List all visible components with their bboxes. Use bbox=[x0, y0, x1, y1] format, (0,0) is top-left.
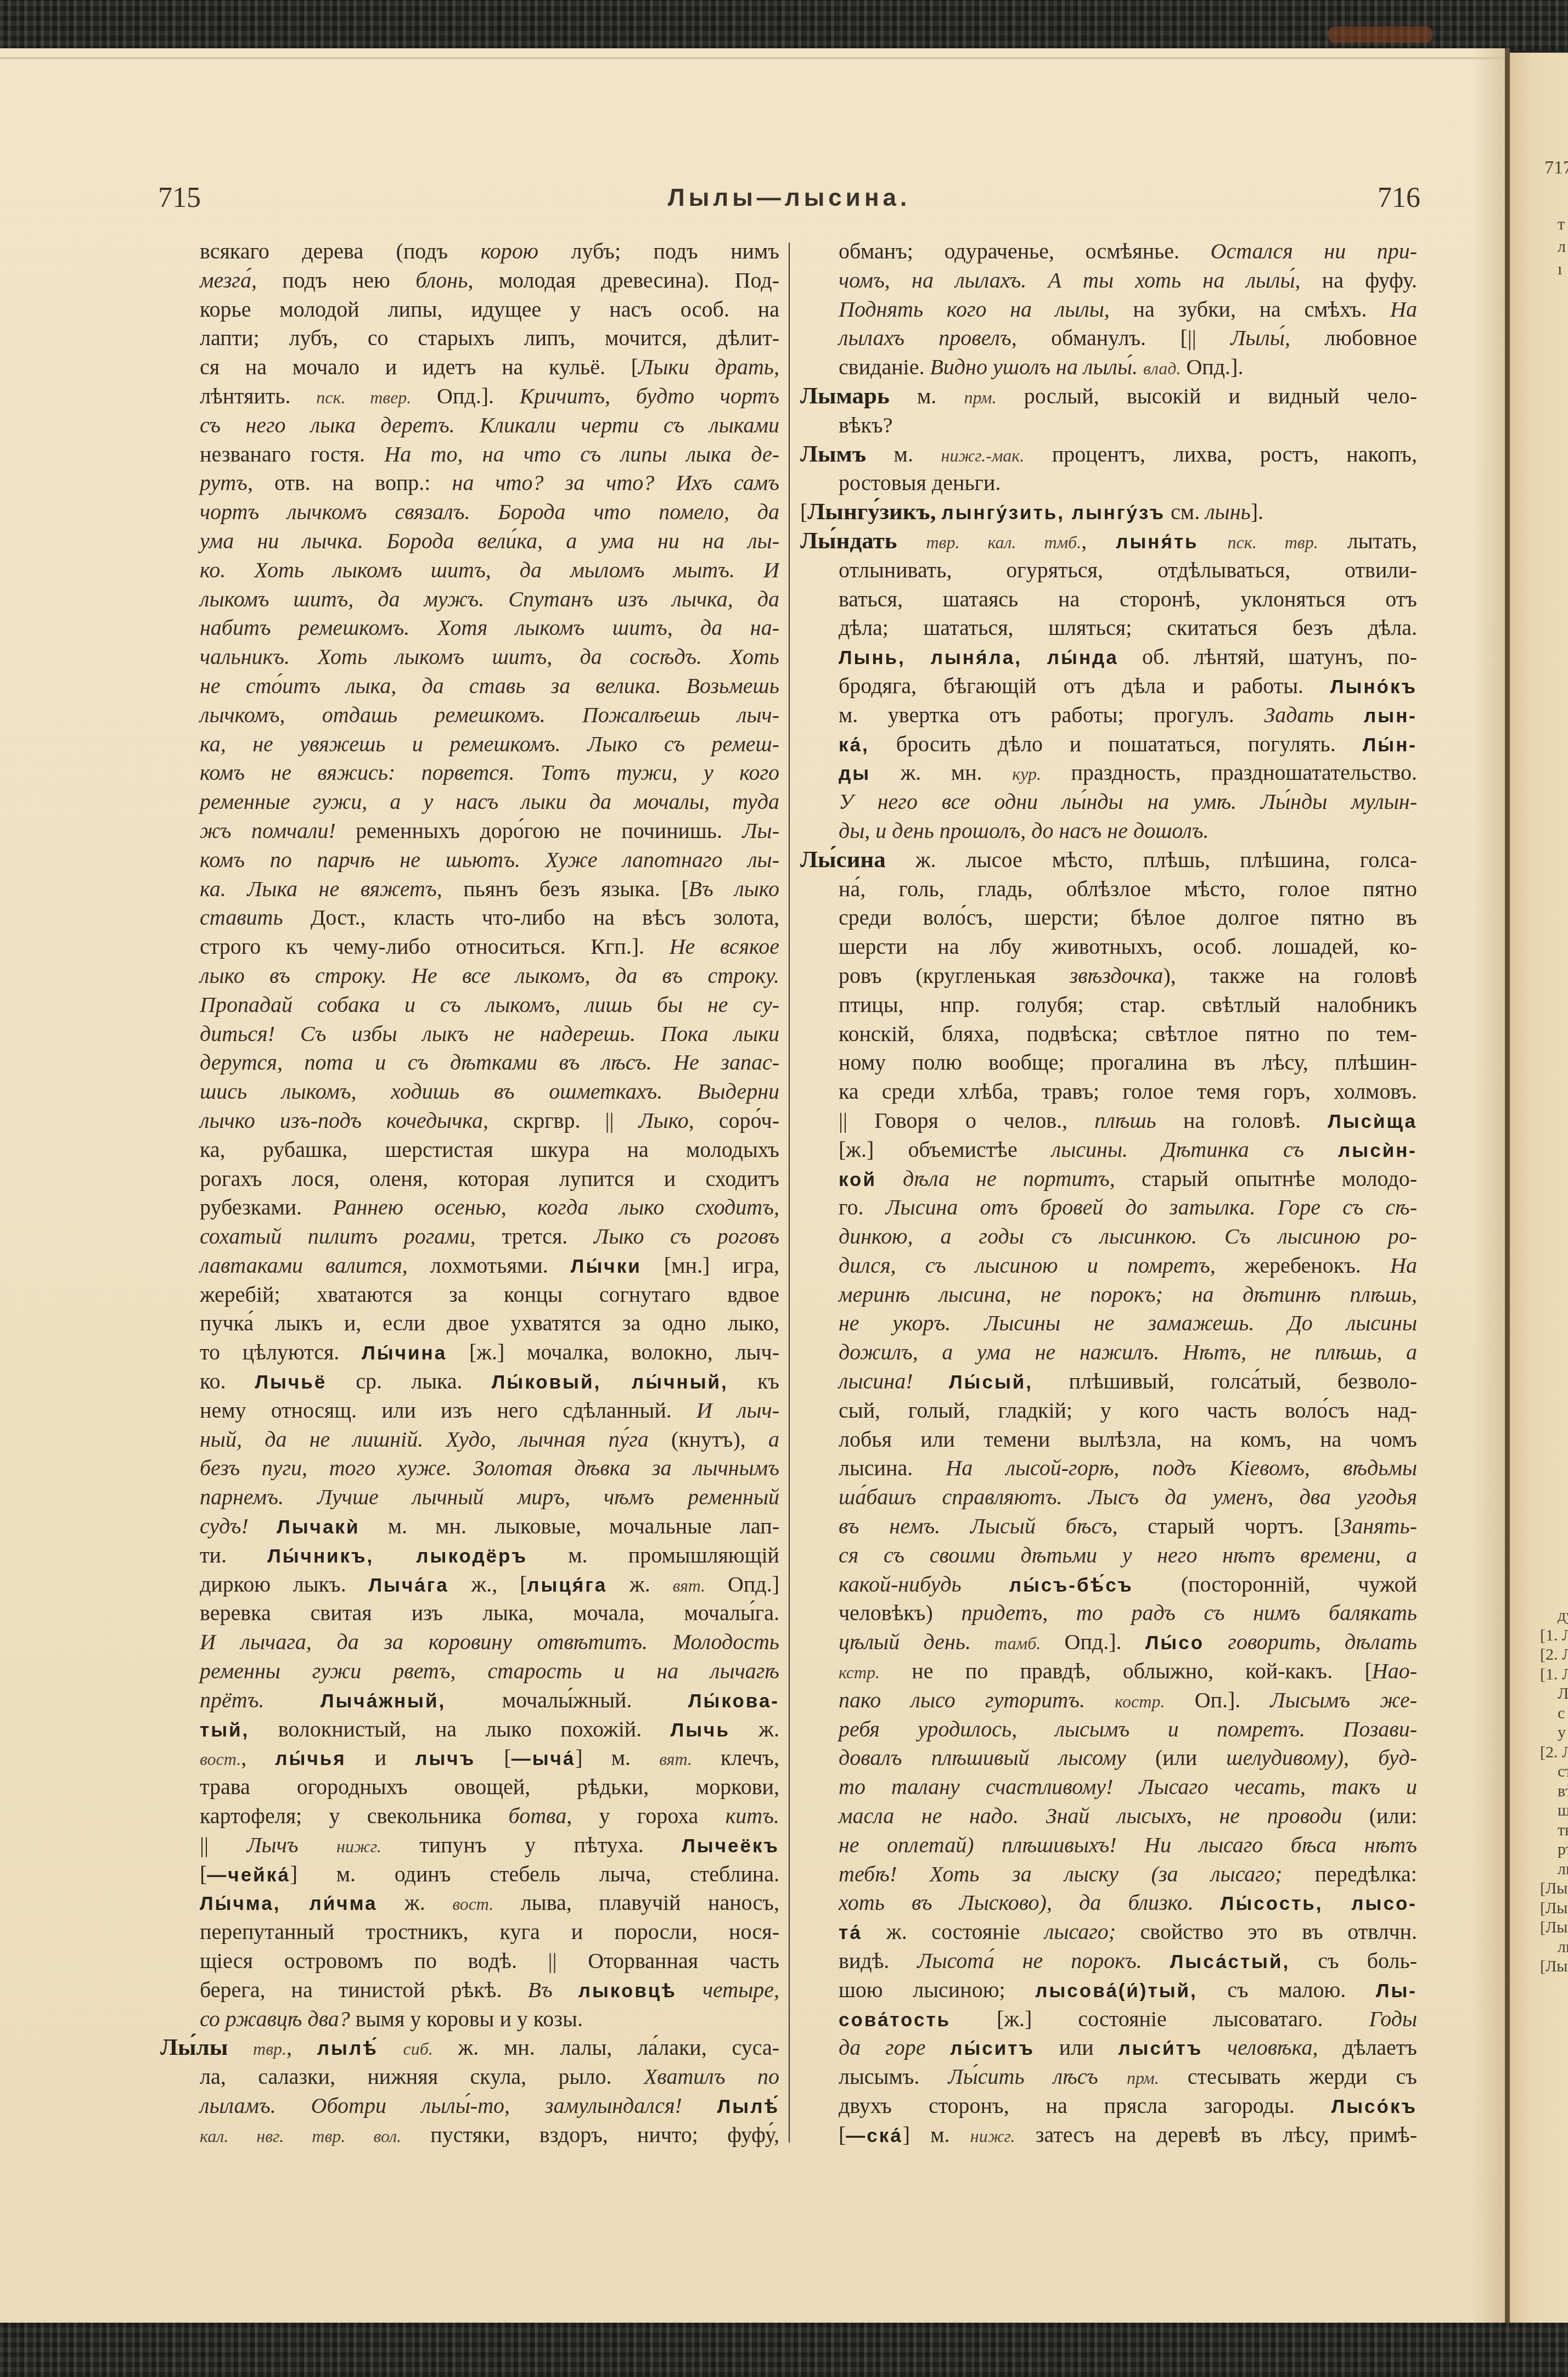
text-line: не оплетай) плѣшивыхъ! Ни лысаго бѣса нѣ… bbox=[800, 1831, 1417, 1860]
italic-text: меринѣ лысина, не порокъ; на дѣтинѣ плѣш… bbox=[839, 1282, 1417, 1307]
text: пучка́ лыкъ и, если двое ухватятся за од… bbox=[200, 1311, 779, 1335]
italic-text: лысаго; bbox=[1044, 1919, 1116, 1944]
text: стесывать жерди съ bbox=[1159, 2064, 1417, 2089]
text: съ малою. bbox=[1198, 1977, 1376, 2002]
text: м. bbox=[890, 384, 964, 408]
text-line: масла не надо. Знай лысыхъ, не проводи (… bbox=[800, 1802, 1417, 1831]
region-label: пск. твр. bbox=[1228, 532, 1318, 552]
text bbox=[936, 499, 941, 524]
italic-text: ды, и день прошолъ, до насъ не дошолъ. bbox=[839, 818, 1209, 843]
italic-text: тебѣ! Хоть за лыску (за лысаго; bbox=[839, 1862, 1282, 1886]
right-column: обманъ; одураченье, осмѣянье. Остался ни… bbox=[800, 237, 1417, 2150]
text: всякаго дерева (подъ bbox=[200, 239, 481, 263]
next-page-text-fragment: [Лыс bbox=[1540, 1879, 1568, 1898]
text-line: ременны гужи рветъ, старость и на лычагѣ bbox=[160, 1657, 779, 1686]
text: ка среди хлѣба, травъ; голое темя горъ, … bbox=[839, 1079, 1417, 1104]
headword: —ыча́ bbox=[512, 1748, 576, 1769]
text: ж. bbox=[730, 1717, 779, 1741]
text-line: ды, и день прошолъ, до насъ не дошолъ. bbox=[800, 817, 1417, 846]
italic-text: ставить bbox=[200, 905, 283, 930]
text: вымя у коровы и у козы. bbox=[350, 2007, 583, 2031]
text-line: кал. нвг. твр. вол. пустяки, вздоръ, нич… bbox=[160, 2121, 779, 2150]
headword: лылѣ́ bbox=[317, 2038, 378, 2059]
italic-text: лысина! bbox=[839, 1369, 913, 1393]
next-page-text-fragment: [2. Л bbox=[1540, 1743, 1568, 1762]
italic-text: съ него лыка деретъ. Кликали черти съ лы… bbox=[200, 413, 779, 437]
text: ), также на головѣ bbox=[1163, 963, 1417, 988]
text: ] м. bbox=[575, 1745, 659, 1770]
headword: лы́съ-бѣ́съ bbox=[1009, 1575, 1133, 1596]
italic-text: не оплетай) плѣшивыхъ! Ни лысаго бѣса нѣ… bbox=[839, 1833, 1417, 1857]
text bbox=[299, 1833, 336, 1857]
text-line: диркою лыкъ. Лыча́га ж., [лыця́га ж. вят… bbox=[160, 1570, 779, 1599]
text: рослый, высокій и видный чело- bbox=[996, 384, 1417, 408]
text: ж. bbox=[607, 1572, 672, 1597]
text-line: рубезками. Раннею осенью, когда лыко схо… bbox=[160, 1193, 779, 1222]
italic-text: корою bbox=[481, 239, 538, 263]
italic-text: На лысой-горѣ, подъ Кіевомъ, вѣдьмы bbox=[946, 1456, 1417, 1480]
headword: лысова́(и́)тый, bbox=[1035, 1980, 1198, 2002]
headword: лыня́ть bbox=[1116, 531, 1198, 553]
text-line: ка, не увяжешь и ремешкомъ. Лыко съ реме… bbox=[160, 730, 779, 759]
italic-text: дѣла не портитъ, bbox=[903, 1166, 1115, 1191]
text-line: кстр. не по правдѣ, облыжно, кой-какъ. [… bbox=[800, 1657, 1417, 1686]
text: , bbox=[241, 1745, 275, 1770]
headword: Лы́сый, bbox=[949, 1372, 1033, 1393]
text: ровъ (кругленькая bbox=[839, 963, 1070, 988]
text: [ж.] объемистѣе bbox=[839, 1137, 1052, 1162]
text-line: прётъ. Лыча́жный, мочалы́жный. Лы́кова- bbox=[160, 1686, 779, 1715]
text: лыва, плавучій наносъ, bbox=[493, 1890, 779, 1915]
text: , bbox=[286, 2035, 317, 2060]
text-line: пако лысо гуторитъ. костр. Оп.]. Лысымъ … bbox=[800, 1686, 1417, 1715]
text: [ж.] состояніе лысоватаго. bbox=[951, 2007, 1369, 2031]
italic-text: Кричитъ, будто чортъ bbox=[520, 384, 779, 408]
headword: лынгу́зить, лынгу́зъ bbox=[941, 502, 1165, 524]
italic-text: мезга́ bbox=[200, 268, 251, 293]
italic-text: прётъ. bbox=[200, 1688, 264, 1712]
text: (кнутъ), bbox=[649, 1427, 768, 1452]
text-line: свиданіе. Видно ушолъ на лылы́. влад. Оп… bbox=[800, 353, 1417, 382]
italic-text: лычкомъ, отдашь ремешкомъ. Пожалѣешь лыч… bbox=[200, 703, 779, 727]
next-page-text-fragment: Л bbox=[1540, 1684, 1568, 1704]
text: ростовыя деньги. bbox=[839, 470, 1001, 495]
text-line: всякаго дерева (подъ корою лубъ; подъ ни… bbox=[160, 237, 779, 266]
headword: та́ bbox=[839, 1922, 862, 1943]
headword: тый, bbox=[200, 1719, 249, 1741]
text: лапти; лубъ, со старыхъ липъ, мочится, д… bbox=[200, 325, 779, 350]
region-label: кстр. bbox=[839, 1662, 880, 1682]
text-line: ла, салазки, нижняя скула, рыло. Хватилъ… bbox=[160, 2063, 779, 2092]
text: м. увертка отъ работы; прогулъ. bbox=[839, 703, 1264, 727]
text bbox=[897, 529, 926, 553]
text-line: лысымъ. Лы́сить лѣсъ прм. стесывать жерд… bbox=[800, 2063, 1417, 2092]
italic-text: комъ не вяжись: порвется. Тотъ тужи, у к… bbox=[200, 760, 779, 785]
text: го. bbox=[839, 1195, 886, 1220]
text: || bbox=[200, 1833, 247, 1857]
text-line: на́, голь, гладь, облѣзлое мѣсто, голое … bbox=[800, 875, 1417, 904]
next-page-text-fragment: [2. Л bbox=[1540, 1645, 1568, 1665]
next-page-text-fragment: рѣ bbox=[1540, 1840, 1568, 1859]
headword: ды bbox=[839, 763, 870, 784]
text-line: обманъ; одураченье, осмѣянье. Остался ни… bbox=[800, 237, 1417, 266]
text: жеребенокъ. bbox=[1216, 1253, 1390, 1278]
text-line: сохатый пилитъ рогами, трется. Лыко съ р… bbox=[160, 1222, 779, 1251]
text-line: ся съ своими дѣтьми у него нѣтъ времени,… bbox=[800, 1541, 1417, 1570]
text-line: не укоръ. Лысины не замажешь. До лысины bbox=[800, 1309, 1417, 1338]
italic-text: Лыко съ роговъ bbox=[594, 1224, 779, 1249]
text-line: перепутанный тростникъ, куга и поросли, … bbox=[160, 1918, 779, 1947]
text-line: то цѣлуются. Лы́чина [ж.] мочалка, волок… bbox=[160, 1338, 779, 1367]
text-line: ременные гужи, а у насъ лыки да мочалы, … bbox=[160, 788, 779, 817]
italic-text: придетъ, то радъ съ нимъ балякать bbox=[962, 1600, 1417, 1625]
text: не по правдѣ, облыжно, кой-какъ. [ bbox=[880, 1659, 1372, 1683]
italic-text: не сто́итъ лыка, да ставь за велика. Воз… bbox=[200, 673, 779, 698]
text-line: кой дѣла не портитъ, старый опытнѣе моло… bbox=[800, 1165, 1417, 1194]
text: ж. мн. bbox=[870, 760, 1012, 785]
text-line: диться! Съ избы лыкъ не надерешь. Пока л… bbox=[160, 1020, 779, 1049]
text: ся на мочало и идетъ на кульё. [ bbox=[200, 355, 638, 379]
text: старый чортъ. [ bbox=[1117, 1514, 1341, 1538]
entry-headword: Лынгу́зикъ, bbox=[807, 499, 936, 525]
text: клечъ, bbox=[692, 1745, 779, 1770]
italic-text: набитъ ремешкомъ. Хотя лыкомъ шитъ, да н… bbox=[200, 615, 779, 640]
text: рогахъ лося, оленя, которая лупится и сх… bbox=[200, 1166, 779, 1191]
region-label: пск. твер. bbox=[316, 387, 411, 407]
italic-text: дожилъ, а ума не нажилъ. Нѣтъ, не плѣшь,… bbox=[839, 1340, 1417, 1364]
italic-text: со ржавцѣ два? bbox=[200, 2007, 350, 2031]
text-line: ко. Хоть лыкомъ шитъ, да мыломъ мытъ. И bbox=[160, 556, 779, 585]
text: обманъ; одураченье, осмѣянье. bbox=[839, 239, 1211, 263]
italic-text: На bbox=[1390, 1253, 1417, 1278]
text-line: то талану счастливому! Лысаго чесать, та… bbox=[800, 1773, 1417, 1802]
text: вѣкъ? bbox=[839, 413, 892, 437]
headword: Лы́ковый, лы́чный, bbox=[492, 1372, 728, 1393]
text: на головѣ. bbox=[1156, 1108, 1328, 1133]
italic-text: Нао- bbox=[1372, 1659, 1417, 1683]
italic-text: шись лыкомъ, ходишь въ ошметкахъ. Выдерн… bbox=[200, 1079, 779, 1104]
text: ному полю вообще; прогалина въ лѣсу, плѣ… bbox=[839, 1050, 1417, 1075]
italic-text: Поднять кого на лылы, bbox=[839, 297, 1110, 322]
text: [ bbox=[800, 499, 807, 524]
text-line: бродяга, бѣгающій отъ дѣла и работы. Лын… bbox=[800, 672, 1417, 701]
text: ] м. bbox=[903, 2122, 970, 2147]
text-line: Лымъ м. нижг.-мак. процентъ, лихва, рост… bbox=[800, 440, 1417, 469]
text: ж., [ bbox=[449, 1572, 527, 1597]
text: лобья или темени вылѣзла, на комъ, на чо… bbox=[839, 1427, 1417, 1452]
italic-text: Не всякое bbox=[670, 934, 779, 959]
italic-text: Остался ни при- bbox=[1211, 239, 1417, 263]
headword: ка́, bbox=[839, 734, 869, 756]
left-page-number: 715 bbox=[158, 180, 201, 216]
text: ]. bbox=[1251, 499, 1263, 524]
text: берега, на тинистой рѣкѣ. bbox=[200, 1977, 527, 2002]
italic-text: звѣздочка bbox=[1070, 963, 1164, 988]
text bbox=[971, 1629, 994, 1654]
entry-headword: Лымарь bbox=[800, 383, 890, 409]
binding-thread bbox=[1328, 26, 1432, 43]
text: Опд.]. bbox=[1181, 355, 1243, 379]
text: щіеся островомъ по водѣ. || Оторванная ч… bbox=[200, 1948, 779, 1973]
text-line: ума ни лычка. Борода вели́ка, а ума ни н… bbox=[160, 527, 779, 556]
text: трется. bbox=[476, 1224, 594, 1249]
text-line: лысина! Лы́сый, плѣшивый, голса́тый, без… bbox=[800, 1367, 1417, 1396]
text: праздность, праздношатательство. bbox=[1041, 760, 1417, 785]
headword: Лыча́га bbox=[368, 1575, 448, 1596]
italic-text: На bbox=[1390, 297, 1417, 322]
text: пустяки, вздоръ, ничто; фуфу́, bbox=[401, 2122, 779, 2147]
italic-text: ребя уродилось, лысымъ и помретъ. Позави… bbox=[839, 1717, 1417, 1741]
text: свиданіе. bbox=[839, 355, 930, 379]
text-line: ся на мочало и идетъ на кульё. [Лыки дра… bbox=[160, 353, 779, 382]
text: нему относящ. или изъ него сдѣланный. bbox=[200, 1398, 696, 1423]
headword: Лыса́стый, bbox=[1170, 1951, 1290, 1973]
headword: Лычь bbox=[671, 1719, 730, 1741]
text-line: чальникъ. Хоть лыкомъ шитъ, да сосѣдъ. Х… bbox=[160, 643, 779, 672]
text: шерсти на лбу животныхъ, особ. лошадей, … bbox=[839, 934, 1417, 959]
text: жеребій; хватаются за концы согнутаго вд… bbox=[200, 1282, 779, 1307]
next-page-text-fragment: [1. Л bbox=[1540, 1665, 1568, 1684]
text-line: меринѣ лысина, не порокъ; на дѣтинѣ плѣш… bbox=[800, 1280, 1417, 1310]
text: (или: bbox=[1342, 1803, 1417, 1828]
headword: лы́чья bbox=[275, 1748, 346, 1769]
text bbox=[1098, 2064, 1127, 2089]
italic-text: Лылы́, bbox=[1230, 325, 1290, 350]
text-line: какой-нибудь лы́съ-бѣ́съ (посторонній, ч… bbox=[800, 1570, 1417, 1599]
text bbox=[962, 1572, 1009, 1597]
text: дѣлаетъ bbox=[1318, 2035, 1418, 2060]
text: лысина. bbox=[839, 1456, 946, 1480]
text bbox=[264, 1688, 321, 1712]
text-line: строго къ чему-либо относиться. Кгп.]. Н… bbox=[160, 932, 779, 962]
text: старый опытнѣе молодо- bbox=[1115, 1166, 1417, 1191]
next-page-number: 717 bbox=[1544, 157, 1568, 179]
text-line: м. увертка отъ работы; прогулъ. Задать л… bbox=[800, 701, 1417, 730]
italic-text: Годы bbox=[1369, 2007, 1417, 2031]
text-line: комъ не вяжись: порвется. Тотъ тужи, у к… bbox=[160, 758, 779, 788]
region-label: тамб. bbox=[994, 1633, 1041, 1653]
italic-text: Лы- bbox=[743, 818, 780, 843]
text-line: Пропадай собака и съ лыкомъ, лишь бы не … bbox=[160, 991, 779, 1020]
text: ж. мн. лалы, ла́лаки, суса- bbox=[433, 2035, 779, 2060]
text: Опд.] bbox=[705, 1572, 779, 1597]
text-line: вост., лы́чья и лычъ [—ыча́] м. вят. кле… bbox=[160, 1744, 779, 1773]
headword: Лы- bbox=[1376, 1980, 1417, 2002]
text: бросить дѣло и пошататься, погулять. bbox=[869, 732, 1363, 756]
headword: лысѝн- bbox=[1338, 1140, 1417, 1161]
text: и bbox=[346, 1745, 415, 1770]
next-page-text-fragment: ст bbox=[1540, 1762, 1568, 1782]
text-line: дожилъ, а ума не нажилъ. Нѣтъ, не плѣшь,… bbox=[800, 1338, 1417, 1367]
text-line: ша́башъ справляютъ. Лысъ да уменъ, два у… bbox=[800, 1483, 1417, 1512]
text: соро́ч- bbox=[694, 1108, 779, 1133]
italic-text: чортъ лычкомъ связалъ. Борода что помело… bbox=[200, 499, 779, 524]
italic-text: Въ bbox=[527, 1977, 578, 2002]
text: , подъ нею bbox=[251, 268, 415, 293]
text: м. bbox=[866, 442, 941, 467]
text: картофеля; у свекольника bbox=[200, 1803, 509, 1828]
text-line: ребя уродилось, лысымъ и помретъ. Позави… bbox=[800, 1715, 1417, 1744]
text: м. мн. лыковые, мочальные лап- bbox=[359, 1514, 779, 1538]
next-page-text-fragment: лы bbox=[1540, 1937, 1568, 1957]
region-label: нижг. bbox=[336, 1836, 381, 1856]
italic-text: Лысымъ же- bbox=[1271, 1688, 1417, 1712]
italic-text: довалъ плѣшивый лысому bbox=[839, 1745, 1126, 1770]
text: (или bbox=[1126, 1745, 1227, 1770]
text-line: || Говоря о челов., плѣшь на головѣ. Лыс… bbox=[800, 1106, 1417, 1136]
text-line: нему относящ. или изъ него сдѣланный. И … bbox=[160, 1396, 779, 1425]
text: , bbox=[1081, 529, 1116, 553]
right-page-number: 716 bbox=[1378, 180, 1420, 216]
entry-headword: Лымъ bbox=[800, 441, 866, 467]
text-line: лапти; лубъ, со старыхъ липъ, мочится, д… bbox=[160, 324, 779, 353]
text-line: набитъ ремешкомъ. Хотя лыкомъ шитъ, да н… bbox=[160, 614, 779, 643]
italic-text: пако лысо гуторитъ. bbox=[839, 1688, 1085, 1712]
text-line: [Лынгу́зикъ, лынгу́зить, лынгу́зъ см. лы… bbox=[800, 498, 1417, 527]
text-line: со ржавцѣ два? вымя у коровы и у козы. bbox=[160, 2005, 779, 2034]
text bbox=[1202, 2035, 1227, 2060]
text-line: незванаго гостя. На то, на что съ липы л… bbox=[160, 440, 779, 469]
region-label: нижг.-мак. bbox=[941, 446, 1025, 465]
text: или bbox=[1035, 2035, 1118, 2060]
background-fabric-top bbox=[0, 0, 1568, 50]
italic-text: судъ! bbox=[200, 1514, 249, 1538]
entry-headword: Лы́сина bbox=[800, 847, 886, 873]
region-label: кал. нвг. твр. вол. bbox=[200, 2126, 401, 2146]
italic-text: шелудивому), буд- bbox=[1226, 1745, 1417, 1770]
italic-text: лыламъ. Оботри лылы́-то, замулындался! bbox=[200, 2093, 682, 2118]
next-page-text-fragment: ли bbox=[1540, 1859, 1568, 1879]
italic-text: цѣлый день. bbox=[839, 1629, 971, 1654]
region-label: вят. bbox=[672, 1576, 705, 1595]
text bbox=[876, 1166, 903, 1191]
text-line: И лычага, да за коровину отвѣтитъ. Молод… bbox=[160, 1628, 779, 1657]
italic-text: Лычъ bbox=[247, 1833, 299, 1857]
text bbox=[1199, 529, 1228, 553]
text-line: го. Лысина отъ бровей до затылка. Горе с… bbox=[800, 1193, 1417, 1222]
region-label: костр. bbox=[1115, 1692, 1165, 1711]
text bbox=[249, 1514, 277, 1538]
italic-text: ся съ своими дѣтьми у него нѣтъ времени,… bbox=[839, 1543, 1417, 1567]
text-line: лыко въ строку. Не все лыкомъ, да въ стр… bbox=[160, 962, 779, 991]
text: видѣ. bbox=[839, 1948, 917, 1973]
text-line: среди воло́съ, шерсти; бѣлое долгое пятн… bbox=[800, 903, 1417, 932]
italic-text: И лыч- bbox=[696, 1398, 779, 1423]
text-line: [—ска́] м. нижг. затесъ на деревѣ въ лѣс… bbox=[800, 2121, 1417, 2150]
text-line: тый, волокнистый, на лыко похожій. Лычь … bbox=[160, 1715, 779, 1744]
region-label: нижг. bbox=[970, 2126, 1015, 2146]
headword: Лыно́къ bbox=[1330, 676, 1417, 698]
italic-text: лысины. Дѣтинка съ bbox=[1052, 1137, 1304, 1162]
text-line: да горе лы́ситъ или лыси́тъ человѣка, дѣ… bbox=[800, 2033, 1417, 2063]
text: [ bbox=[839, 2122, 846, 2147]
headword: Лычакѝ bbox=[277, 1516, 359, 1538]
italic-text: лычко изъ-подъ кочедычка, bbox=[200, 1108, 488, 1133]
text: волокнистый, на лыко похожій. bbox=[249, 1717, 670, 1741]
text bbox=[1138, 355, 1143, 379]
text-line: Лы́чма, ли́чма ж. вост. лыва, плавучій н… bbox=[160, 1889, 779, 1918]
headword: Лычеёкъ bbox=[682, 1835, 779, 1857]
headword: —ска́ bbox=[846, 2125, 902, 2146]
text-line: человѣкъ) придетъ, то радъ съ нимъ баляк… bbox=[800, 1599, 1417, 1628]
region-label: прм. bbox=[964, 387, 997, 407]
text-line: лылахъ провелъ, обманулъ. [|| Лылы́, люб… bbox=[800, 324, 1417, 353]
italic-text: ботва bbox=[509, 1803, 567, 1828]
text bbox=[1304, 1137, 1338, 1162]
text-line: лысина. На лысой-горѣ, подъ Кіевомъ, вѣд… bbox=[800, 1454, 1417, 1483]
headword: Лылѣ́ bbox=[717, 2096, 779, 2117]
headword: Лычьё bbox=[255, 1372, 327, 1393]
italic-text: а bbox=[768, 1427, 779, 1452]
running-title: Лылы—лысина. bbox=[668, 180, 911, 216]
headword: лын- bbox=[1364, 705, 1417, 727]
text: то цѣлуются. bbox=[200, 1340, 362, 1364]
text-line: Лымарь м. прм. рослый, высокій и видный … bbox=[800, 382, 1417, 411]
text bbox=[1334, 703, 1364, 727]
next-page-text-fragment: ı bbox=[1558, 258, 1566, 280]
text: рубезками. bbox=[200, 1195, 333, 1220]
text: ла, салазки, нижняя скула, рыло. bbox=[200, 2064, 644, 2089]
text-line: птицы, нпр. голубя; стар. свѣтлый налобн… bbox=[800, 991, 1417, 1020]
italic-text: Лы́сить лѣсъ bbox=[948, 2064, 1098, 2089]
text-line: тебѣ! Хоть за лыску (за лысаго; передѣлк… bbox=[800, 1860, 1417, 1889]
next-page-text-fragment: т bbox=[1558, 213, 1566, 235]
headword: Лы́н- bbox=[1363, 734, 1417, 756]
page-gutter bbox=[1505, 48, 1510, 2324]
italic-text: хоть въ Лысково), да близко. bbox=[839, 1890, 1194, 1915]
text: на зубки, на смѣхъ. bbox=[1110, 297, 1390, 322]
text-line: рогахъ лося, оленя, которая лупится и сх… bbox=[160, 1165, 779, 1194]
text-line: безъ пуги, того хуже. Золотая дѣвка за л… bbox=[160, 1454, 779, 1483]
italic-text: Видно ушолъ на лылы́. bbox=[930, 355, 1138, 379]
text: лытать, bbox=[1318, 529, 1417, 553]
italic-text: Въ лыко bbox=[689, 876, 779, 901]
italic-text: лыкомъ шитъ, да мужъ. Спутанъ изъ лычка,… bbox=[200, 587, 779, 611]
italic-text: рутъ bbox=[200, 470, 248, 495]
next-page-text-fragment: ш bbox=[1540, 1801, 1568, 1820]
region-label: вост. bbox=[452, 1894, 493, 1914]
italic-text: Раннею осенью, когда лыко сходитъ, bbox=[333, 1195, 779, 1220]
page-top-edge bbox=[0, 57, 1505, 59]
text bbox=[378, 2035, 403, 2060]
text: Опд.]. bbox=[411, 384, 519, 408]
italic-text: У него все одни лы́нды на умѣ. Лы́нды му… bbox=[839, 789, 1417, 814]
headword: Лынь, лыня́ла, лы́нда bbox=[839, 647, 1119, 668]
text-line: ка среди хлѣба, травъ; голое темя горъ, … bbox=[800, 1077, 1417, 1106]
next-page-text-fragment: с bbox=[1540, 1704, 1568, 1723]
text: (посторонній, чужой bbox=[1133, 1572, 1417, 1597]
text-line: Лы́ндать твр. кал. тмб., лыня́ть пск. тв… bbox=[800, 527, 1417, 556]
text: см. bbox=[1165, 499, 1205, 524]
italic-text: безъ пуги, того хуже. Золотая дѣвка за л… bbox=[200, 1456, 779, 1480]
italic-text: ременные гужи, а у насъ лыки да мочалы, … bbox=[200, 789, 779, 814]
text bbox=[1085, 1688, 1115, 1712]
text-line: Поднять кого на лылы, на зубки, на смѣхъ… bbox=[800, 295, 1417, 324]
next-page-strip bbox=[1510, 53, 1568, 2325]
text: пьянъ безъ языка. [ bbox=[442, 876, 689, 901]
next-page-text-fragment: ду bbox=[1540, 1606, 1568, 1626]
italic-text: комъ по парчѣ не шьютъ. Хуже лапотнаго л… bbox=[200, 847, 779, 872]
text-line: берега, на тинистой рѣкѣ. Въ лыковцѣ чет… bbox=[160, 1976, 779, 2005]
italic-text: дился, съ лысиною и помретъ, bbox=[839, 1253, 1216, 1278]
text-line: дился, съ лысиною и помретъ, жеребенокъ.… bbox=[800, 1251, 1417, 1280]
text: затесъ на деревѣ въ лѣсу, примѣ- bbox=[1015, 2122, 1417, 2147]
next-page-bottom-fragments: ду[1. Л[2. Л[1. ЛЛсу[2. Лствѣштврѣли[Лыс… bbox=[1540, 1606, 1568, 1976]
italic-text: Задать bbox=[1264, 703, 1334, 727]
text-line: лѣнтяить. пск. твер. Опд.]. Кричитъ, буд… bbox=[160, 382, 779, 411]
next-page-text-fragment: [1. Л bbox=[1540, 1626, 1568, 1645]
text-line: лавтаками валится, лохмотьями. Лы́чки [м… bbox=[160, 1251, 779, 1280]
